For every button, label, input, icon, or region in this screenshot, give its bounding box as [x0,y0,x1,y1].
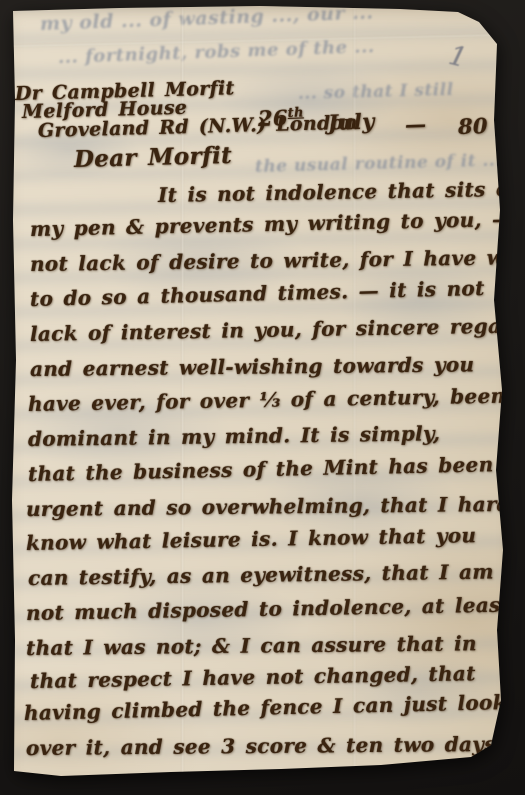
date-day: 26th [258,104,305,131]
date-month: July [328,108,375,135]
date-day-ordinal: th [287,105,304,121]
date-separator-dash: — [405,111,427,137]
letter-line: over it, and see 3 score & ten two days [26,732,496,760]
letter-line: that I was not; & I can assure that in [26,631,477,660]
date-day-number: 26 [258,105,289,131]
salutation: Dear Morfit [74,142,233,173]
paper-wrap: my old ... of wasting ..., our ...... fo… [0,0,525,795]
photo-background: my old ... of wasting ..., our ...... fo… [0,0,525,795]
date-year: 80 [458,113,489,139]
showthrough-fragment: ... so that I still [298,80,454,104]
letter-line: and earnest well-wishing towards you [30,352,475,381]
paper-sheet: my old ... of wasting ..., our ...... fo… [0,0,525,795]
